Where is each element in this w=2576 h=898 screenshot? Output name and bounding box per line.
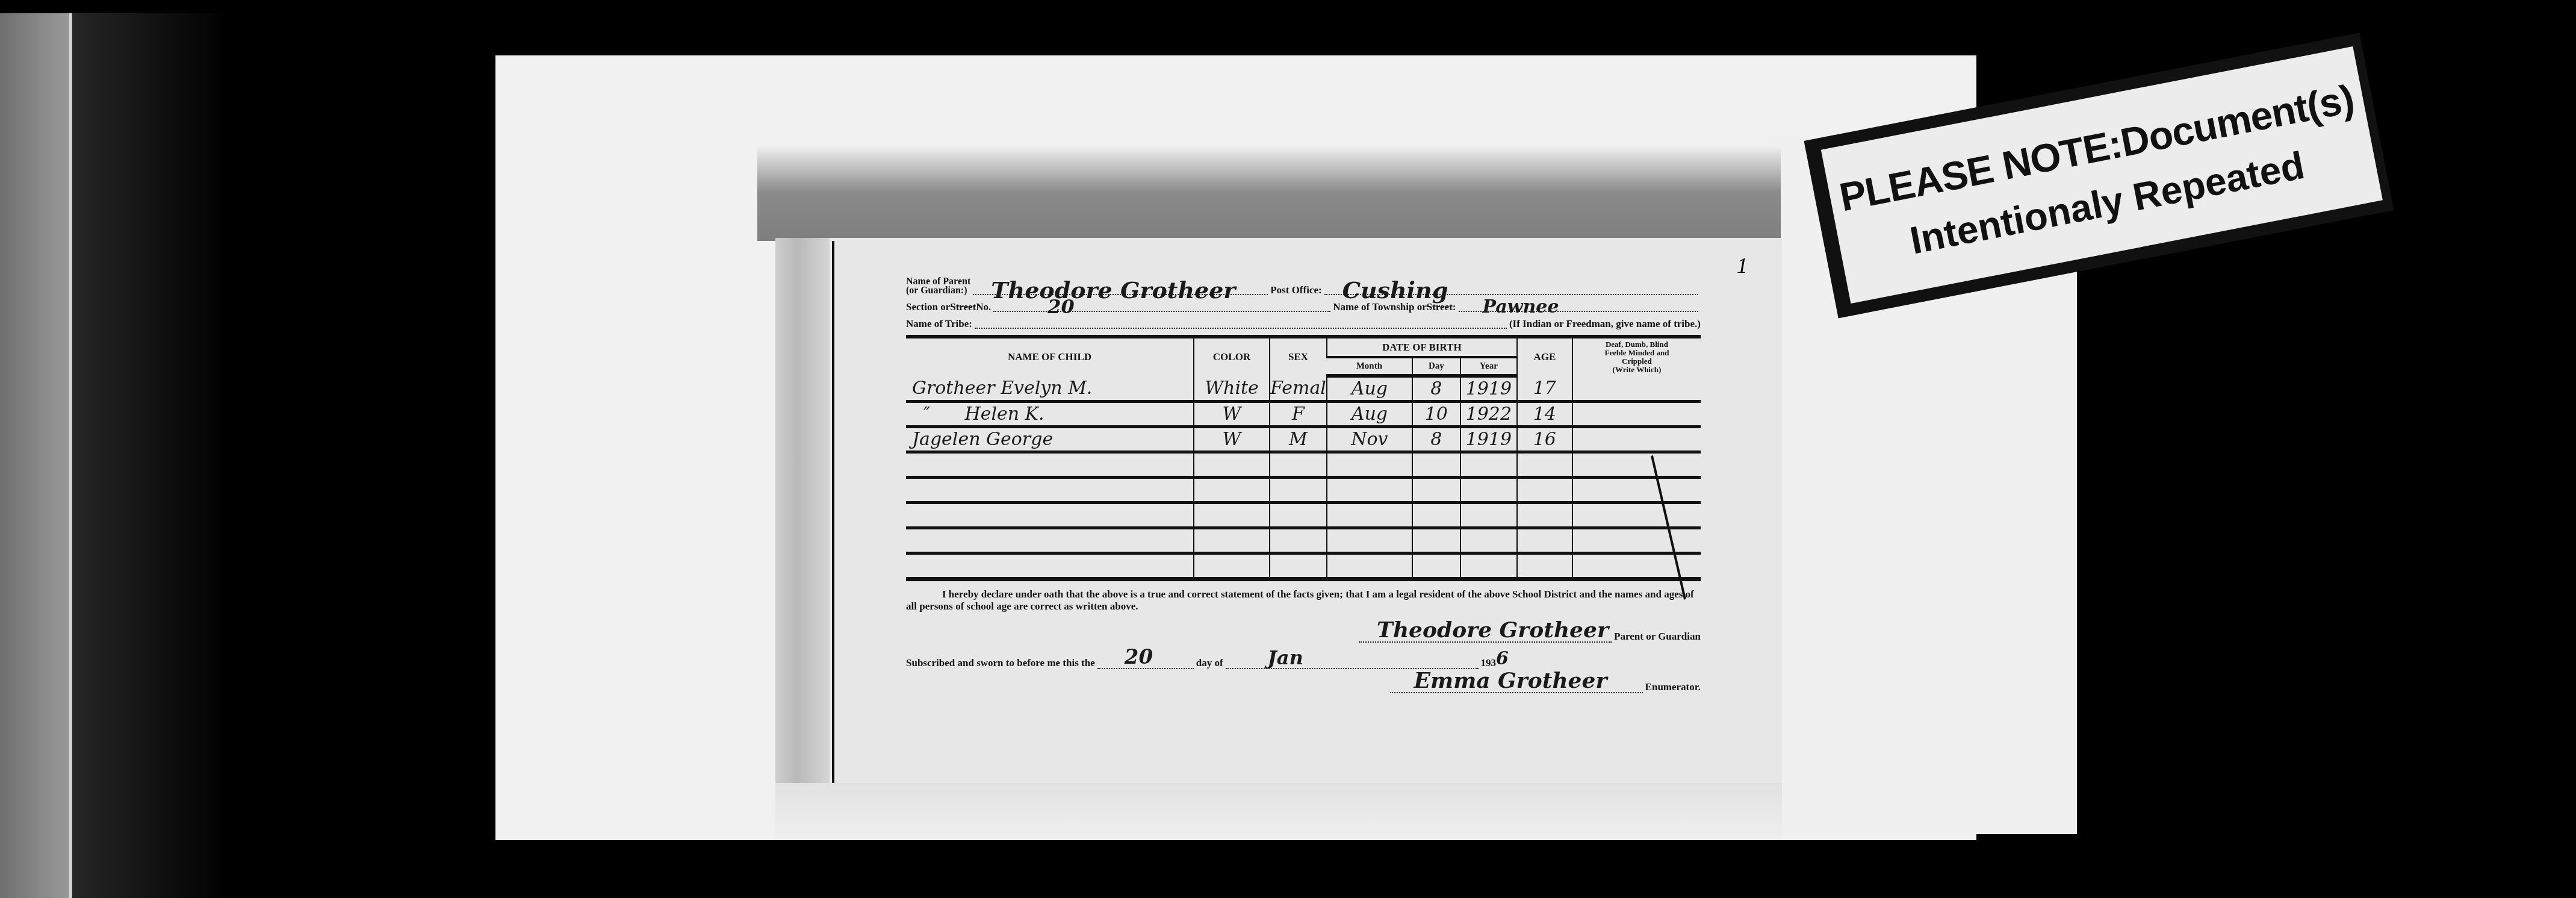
cell-condition <box>1572 478 1701 503</box>
cell-sex <box>1270 553 1327 579</box>
year-digit: 6 <box>1496 648 1509 669</box>
parent-signature-line: Theodore Grotheer Parent or Guardian <box>906 619 1701 643</box>
cell-sex <box>1270 452 1327 478</box>
tribe-field <box>975 316 1507 329</box>
cell-color: W <box>1194 427 1270 452</box>
cell-condition <box>1572 553 1701 579</box>
cell-color <box>1194 452 1270 478</box>
table-row: Grotheer Evelyn M. White Femal Aug 8 191… <box>906 376 1701 402</box>
cell-color: White <box>1194 376 1270 402</box>
section-field: 20 <box>993 299 1330 312</box>
cell-color <box>1194 478 1270 503</box>
sworn-line: Subscribed and sworn to before me this t… <box>906 645 1701 669</box>
cell-age: 16 <box>1517 427 1572 452</box>
table-row <box>906 503 1701 528</box>
cell-day: 8 <box>1412 427 1460 452</box>
parent-signature-label: Parent or Guardian <box>1614 631 1701 643</box>
cell-name <box>906 503 1194 528</box>
cell-condition <box>1572 452 1701 478</box>
cell-month: Nov <box>1327 427 1412 452</box>
parent-line: Name of Parent (or Guardian:) Theodore G… <box>906 277 1701 295</box>
cell-year: 1922 <box>1460 402 1517 427</box>
cell-condition <box>1572 427 1701 452</box>
parent-signature-field: Theodore Grotheer <box>1359 626 1612 643</box>
section-label-strike: Street <box>950 302 976 312</box>
post-office-field: Cushing <box>1324 282 1698 295</box>
condition-header-2: Feeble Minded and <box>1574 349 1699 357</box>
cell-color: W <box>1194 402 1270 427</box>
cell-age <box>1517 452 1572 478</box>
table-row <box>906 452 1701 478</box>
cell-sex <box>1270 478 1327 503</box>
card-margin-rule <box>832 241 834 798</box>
section-line: Section or Street No. 20 Name of Townshi… <box>906 299 1701 312</box>
cell-sex: Femal <box>1270 376 1327 402</box>
page-mark: 1 <box>1737 253 1748 278</box>
table-row <box>906 553 1701 579</box>
cell-month <box>1327 528 1412 553</box>
township-value: Pawnee <box>1483 302 1559 312</box>
children-table: NAME OF CHILD COLOR SEX DATE OF BIRTH AG… <box>906 335 1701 581</box>
col-header-name: NAME OF CHILD <box>906 337 1194 376</box>
cell-day <box>1412 528 1460 553</box>
post-office-label: Post Office: <box>1270 285 1321 295</box>
cell-condition <box>1572 402 1701 427</box>
cell-name: Grotheer Evelyn M. <box>906 376 1194 402</box>
condition-header-4: (Write Which) <box>1574 366 1699 374</box>
card-bottom-edge <box>775 783 1782 840</box>
cell-sex <box>1270 528 1327 553</box>
sworn-day-field: 20 <box>1097 656 1194 669</box>
card-binding-strip <box>775 238 830 801</box>
cell-day <box>1412 503 1460 528</box>
film-edge <box>0 13 72 898</box>
year-prefix: 193 <box>1481 657 1497 669</box>
census-form: Name of Parent (or Guardian:) Theodore G… <box>906 277 1701 693</box>
col-header-sex: SEX <box>1270 337 1327 376</box>
cell-month: Aug <box>1327 376 1412 402</box>
table-row: Jagelen George W M Nov 8 1919 16 <box>906 427 1701 452</box>
parent-field: Theodore Grotheer <box>973 282 1268 295</box>
parent-label-line2: (or Guardian:) <box>906 286 970 295</box>
cell-day <box>1412 478 1460 503</box>
col-header-date-of-birth: DATE OF BIRTH <box>1327 337 1517 357</box>
cell-condition <box>1572 376 1701 402</box>
cell-color <box>1194 553 1270 579</box>
sworn-label: Subscribed and sworn to before me this t… <box>906 657 1095 669</box>
cell-year <box>1460 503 1517 528</box>
day-of-label: day of <box>1196 657 1223 669</box>
cell-year <box>1460 452 1517 478</box>
table-row <box>906 528 1701 553</box>
col-header-year: Year <box>1460 357 1517 376</box>
cell-year <box>1460 478 1517 503</box>
film-shadow <box>72 13 229 898</box>
cell-month <box>1327 553 1412 579</box>
cell-month <box>1327 452 1412 478</box>
township-field: Pawnee <box>1459 299 1699 312</box>
cell-age <box>1517 528 1572 553</box>
cell-name <box>906 452 1194 478</box>
tribe-note: (If Indian or Freedman, give name of tri… <box>1509 319 1701 329</box>
col-header-day: Day <box>1412 357 1460 376</box>
cell-sex <box>1270 503 1327 528</box>
post-office-value: Cushing <box>1342 285 1448 295</box>
cell-month <box>1327 478 1412 503</box>
cell-name: Jagelen George <box>906 427 1194 452</box>
cell-age: 14 <box>1517 402 1572 427</box>
sworn-month: Jan <box>1268 646 1303 669</box>
cell-condition <box>1572 503 1701 528</box>
cell-year: 1919 <box>1460 376 1517 402</box>
cell-color <box>1194 503 1270 528</box>
cell-year: 1919 <box>1460 427 1517 452</box>
cell-year <box>1460 553 1517 579</box>
sworn-day: 20 <box>1125 645 1153 669</box>
col-header-month: Month <box>1327 357 1412 376</box>
cell-year <box>1460 528 1517 553</box>
cell-color <box>1194 528 1270 553</box>
cell-day <box>1412 452 1460 478</box>
table-row: ″ Helen K. W F Aug 10 1922 14 <box>906 402 1701 427</box>
cell-name <box>906 478 1194 503</box>
cell-sex: M <box>1270 427 1327 452</box>
sworn-month-field: Jan <box>1226 656 1479 669</box>
parent-signature: Theodore Grotheer <box>1377 617 1609 643</box>
township-label-b: : <box>1453 302 1456 312</box>
cell-day <box>1412 553 1460 579</box>
col-header-color: COLOR <box>1194 337 1270 376</box>
tribe-label: Name of Tribe: <box>906 319 972 329</box>
enumerator-signature-line: Emma Grotheer Enumerator. <box>906 669 1701 693</box>
cell-month <box>1327 503 1412 528</box>
cell-age <box>1517 503 1572 528</box>
section-value: 20 <box>1047 302 1075 312</box>
condition-header-3: Crippled <box>1574 357 1699 366</box>
cell-day: 10 <box>1412 402 1460 427</box>
card-shadow <box>757 145 1781 241</box>
cell-condition <box>1572 528 1701 553</box>
section-label-a: Section or <box>906 302 950 312</box>
section-label-b: No. <box>976 302 991 312</box>
enumerator-signature-field: Emma Grotheer <box>1390 676 1643 693</box>
film-edge-line <box>69 13 72 898</box>
table-row <box>906 478 1701 503</box>
cell-age: 17 <box>1517 376 1572 402</box>
declaration-text: I hereby declare under oath that the abo… <box>906 588 1701 613</box>
enumerator-label: Enumerator. <box>1645 681 1701 693</box>
repeat-notice: PLEASE NOTE:Document(s) Intentionaly Rep… <box>1797 0 2395 295</box>
col-header-condition: Deaf, Dumb, Blind Feeble Minded and Crip… <box>1572 337 1701 376</box>
cell-name <box>906 553 1194 579</box>
tribe-line: Name of Tribe: (If Indian or Freedman, g… <box>906 316 1701 329</box>
cell-name <box>906 528 1194 553</box>
parent-label: Name of Parent (or Guardian:) <box>906 277 970 295</box>
cell-sex: F <box>1270 402 1327 427</box>
cell-age <box>1517 553 1572 579</box>
col-header-age: AGE <box>1517 337 1572 376</box>
cell-month: Aug <box>1327 402 1412 427</box>
parent-label-line1: Name of Parent <box>906 277 970 286</box>
enumerator-signature: Emma Grotheer <box>1414 668 1607 693</box>
cell-name: ″ Helen K. <box>906 402 1194 427</box>
cell-day: 8 <box>1412 376 1460 402</box>
parent-value: Theodore Grotheer <box>991 285 1235 295</box>
cell-age <box>1517 478 1572 503</box>
condition-header-1: Deaf, Dumb, Blind <box>1574 340 1699 349</box>
